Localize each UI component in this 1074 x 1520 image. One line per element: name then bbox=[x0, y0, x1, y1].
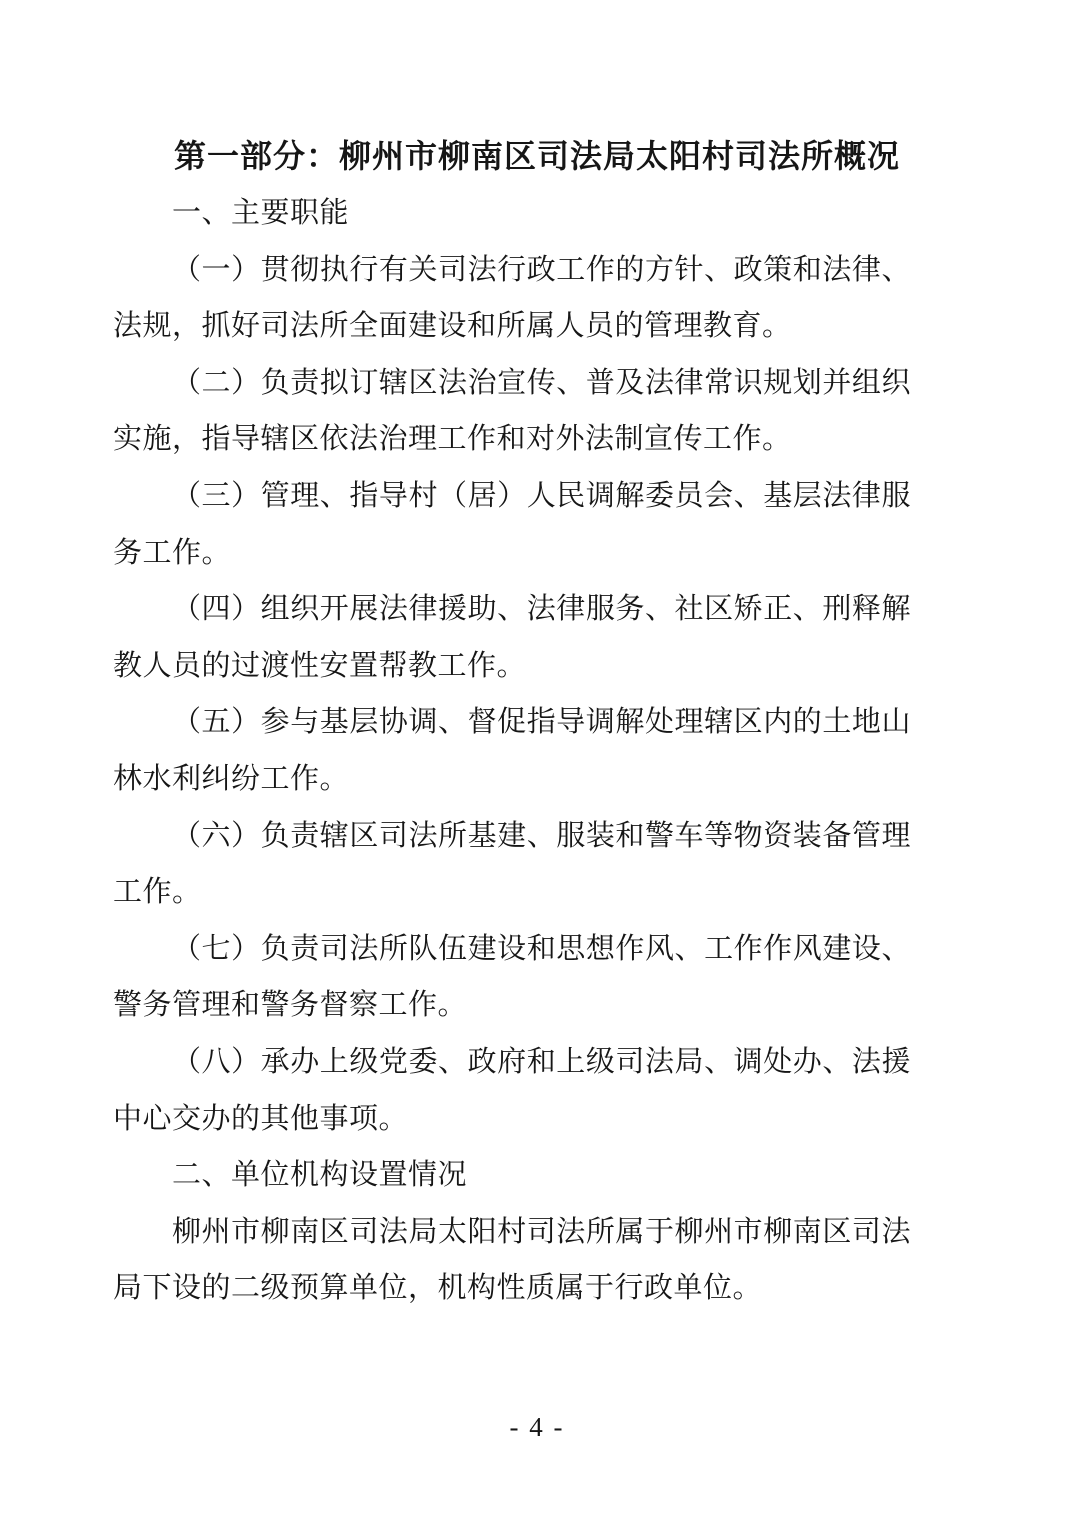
paragraph-function-6: （六）负责辖区司法所基建、服装和警车等物资装备管理工作。 bbox=[113, 808, 911, 921]
document-title: 第一部分：柳州市柳南区司法局太阳村司法所概况 bbox=[0, 128, 1074, 185]
paragraph-organization-description: 柳州市柳南区司法局太阳村司法所属于柳州市柳南区司法局下设的二级预算单位，机构性质… bbox=[113, 1204, 911, 1317]
paragraph-function-7: （七）负责司法所队伍建设和思想作风、工作作风建设、警务管理和警务督察工作。 bbox=[113, 921, 911, 1034]
document-page: 第一部分：柳州市柳南区司法局太阳村司法所概况 一、主要职能 （一）贯彻执行有关司… bbox=[0, 0, 1074, 1520]
paragraph-function-5: （五）参与基层协调、督促指导调解处理辖区内的土地山林水利纠纷工作。 bbox=[113, 694, 911, 807]
section-heading-organization-setup: 二、单位机构设置情况 bbox=[113, 1147, 911, 1204]
paragraph-function-3: （三）管理、指导村（居）人民调解委员会、基层法律服务工作。 bbox=[113, 468, 911, 581]
paragraph-function-1: （一）贯彻执行有关司法行政工作的方针、政策和法律、法规，抓好司法所全面建设和所属… bbox=[113, 242, 911, 355]
paragraph-function-8: （八）承办上级党委、政府和上级司法局、调处办、法援中心交办的其他事项。 bbox=[113, 1034, 911, 1147]
paragraph-function-4: （四）组织开展法律援助、法律服务、社区矫正、刑释解教人员的过渡性安置帮教工作。 bbox=[113, 581, 911, 694]
section-heading-main-functions: 一、主要职能 bbox=[113, 185, 911, 242]
paragraph-function-2: （二）负责拟订辖区法治宣传、普及法律常识规划并组织实施，指导辖区依法治理工作和对… bbox=[113, 355, 911, 468]
page-number: - 4 - bbox=[0, 1399, 1074, 1455]
document-body: 一、主要职能 （一）贯彻执行有关司法行政工作的方针、政策和法律、法规，抓好司法所… bbox=[113, 185, 911, 1317]
